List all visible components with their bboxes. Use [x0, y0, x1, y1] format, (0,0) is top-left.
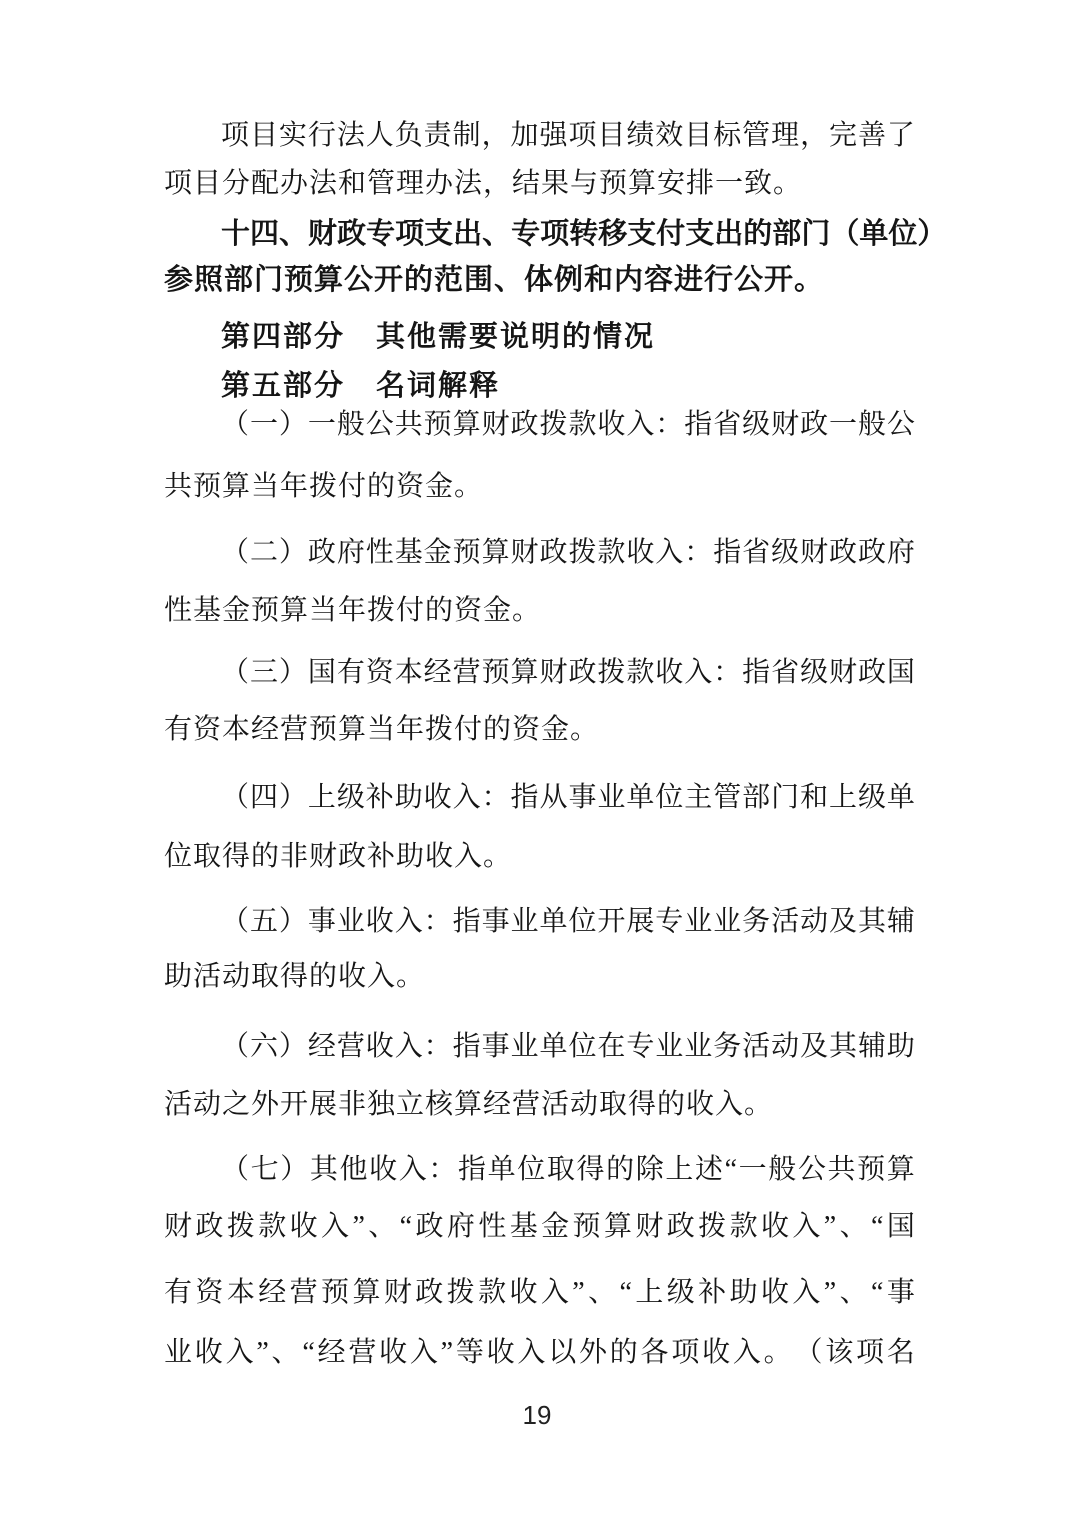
- body-line: 助活动取得的收入。: [164, 959, 425, 995]
- body-line: 性基金预算当年拨付的资金。: [164, 593, 541, 629]
- section-heading-part5: 第五部分 名词解释: [221, 368, 915, 404]
- body-line: （五）事业收入：指事业单位开展专业业务活动及其辅: [221, 904, 915, 940]
- body-line: （二）政府性基金预算财政拨款收入：指省级财政政府: [221, 535, 915, 571]
- page-number: 19: [0, 1400, 1074, 1431]
- body-line: （七）其他收入：指单位取得的除上述“一般公共预算: [221, 1152, 915, 1188]
- body-line: 有资本经营预算当年拨付的资金。: [164, 712, 599, 748]
- emphasis-line: 十四、财政专项支出、专项转移支付支出的部门（单位）: [221, 216, 915, 252]
- body-line: 项目实行法人负责制，加强项目绩效目标管理，完善了: [221, 118, 915, 154]
- body-line: （四）上级补助收入：指从事业单位主管部门和上级单: [221, 780, 915, 816]
- body-line: （三）国有资本经营预算财政拨款收入：指省级财政国: [221, 655, 915, 691]
- body-line: 活动之外开展非独立核算经营活动取得的收入。: [164, 1087, 773, 1123]
- body-line: 项目分配办法和管理办法，结果与预算安排一致。: [164, 166, 802, 202]
- section-heading-part4: 第四部分 其他需要说明的情况: [221, 319, 915, 355]
- body-line: （一）一般公共预算财政拨款收入：指省级财政一般公: [221, 407, 915, 443]
- body-line: 财政拨款收入”、“政府性基金预算财政拨款收入”、“国: [164, 1209, 915, 1245]
- body-line: 共预算当年拨付的资金。: [164, 469, 483, 505]
- body-line: 有资本经营预算财政拨款收入”、“上级补助收入”、“事: [164, 1275, 915, 1311]
- body-line: （六）经营收入：指事业单位在专业业务活动及其辅助: [221, 1029, 915, 1065]
- body-line: 业收入”、“经营收入”等收入以外的各项收入。（该项名: [164, 1335, 915, 1371]
- document-page: 项目实行法人负责制，加强项目绩效目标管理，完善了 项目分配办法和管理办法，结果与…: [0, 0, 1074, 1520]
- body-line: 位取得的非财政补助收入。: [164, 839, 512, 875]
- emphasis-line: 参照部门预算公开的范围、体例和内容进行公开。: [164, 262, 824, 298]
